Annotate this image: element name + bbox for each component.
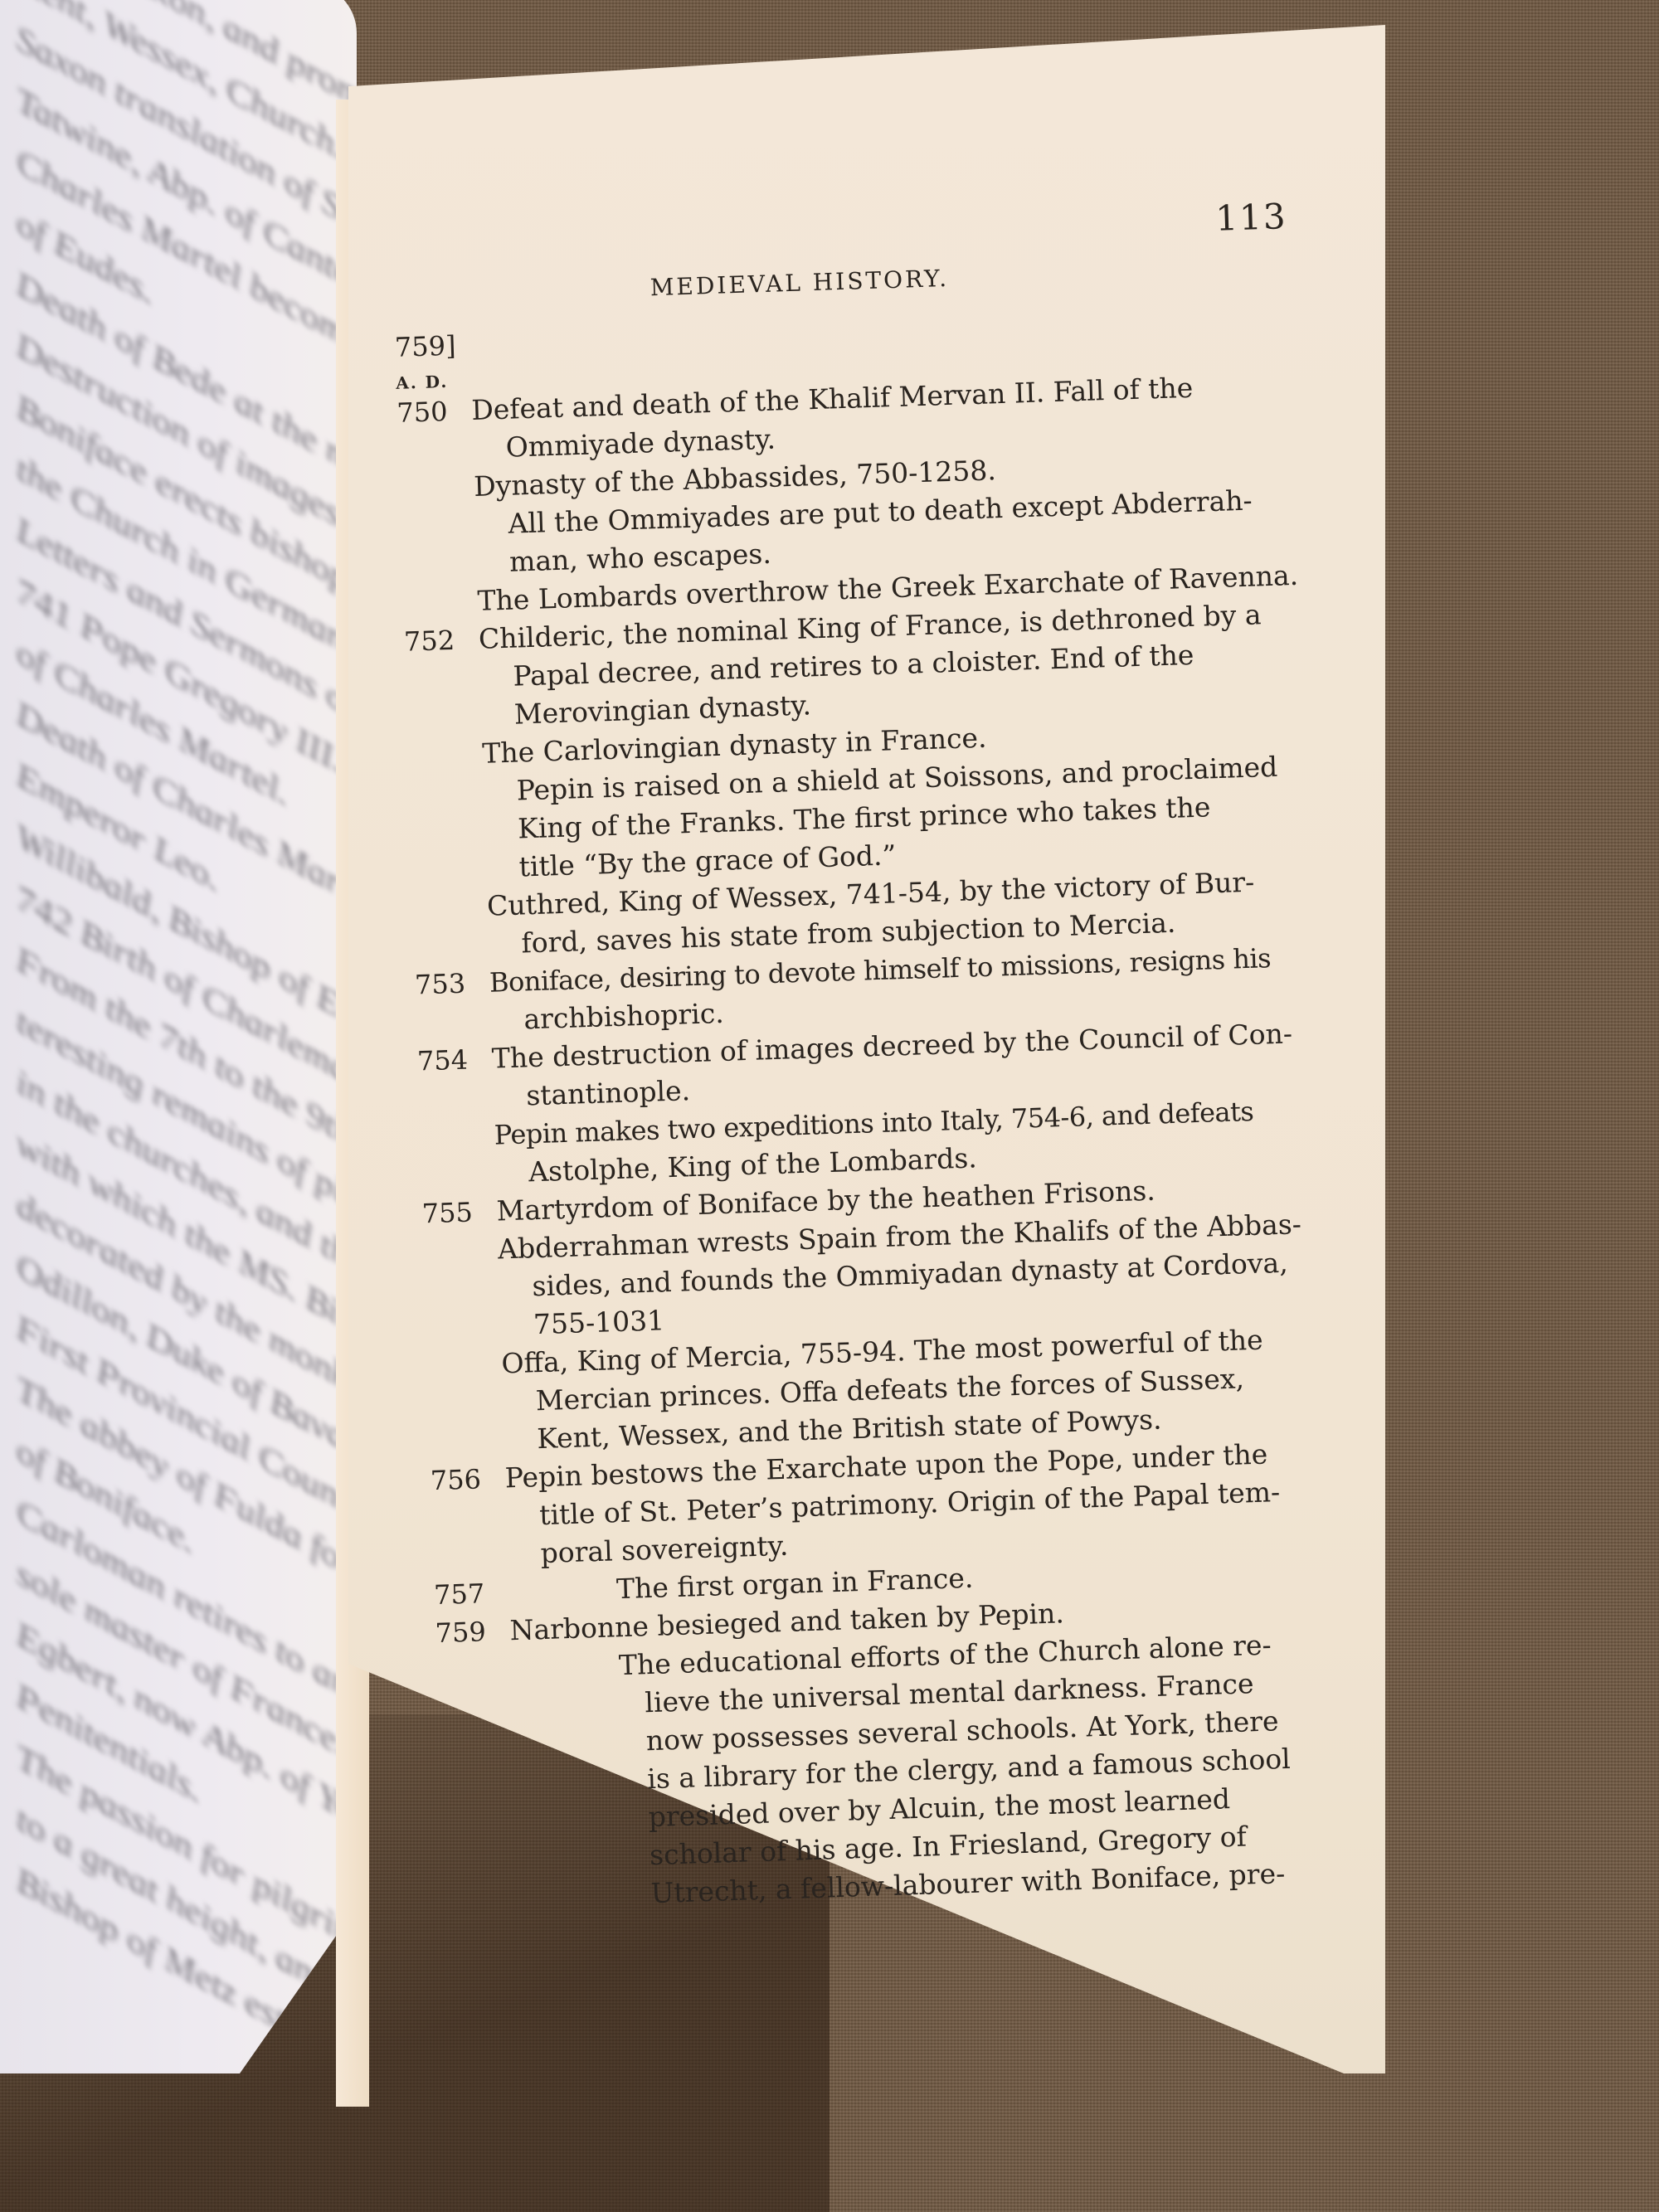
entry-year: 750 (397, 392, 455, 432)
chronology-entry: The Carlovingian dynasty in France. Pepi… (407, 709, 1307, 890)
chronology-entries: 750 Defeat and death of the Khalif Merva… (397, 366, 1340, 1919)
date-range-marker: 759] (394, 330, 456, 363)
running-head: MEDIEVAL HISTORY. (649, 265, 949, 301)
entry-year: 757 (433, 1574, 492, 1614)
entry-year: 759 (435, 1612, 494, 1652)
entry-year: 755 (421, 1193, 480, 1232)
entry-year: 752 (403, 621, 462, 661)
entry-year: 753 (414, 964, 473, 1004)
entry-year: 756 (430, 1460, 489, 1500)
page-number: 113 (1215, 196, 1288, 239)
left-facing-page: Anglo-Saxon, and promotes... Kent, Wesse… (0, 0, 357, 2073)
left-page-blurred-text: Anglo-Saxon, and promotes... Kent, Wesse… (17, 0, 357, 2073)
era-label: A. D. (396, 372, 449, 393)
chronology-entry-note: The educational efforts of the Church al… (435, 1624, 1340, 1919)
entry-year: 754 (416, 1040, 475, 1080)
